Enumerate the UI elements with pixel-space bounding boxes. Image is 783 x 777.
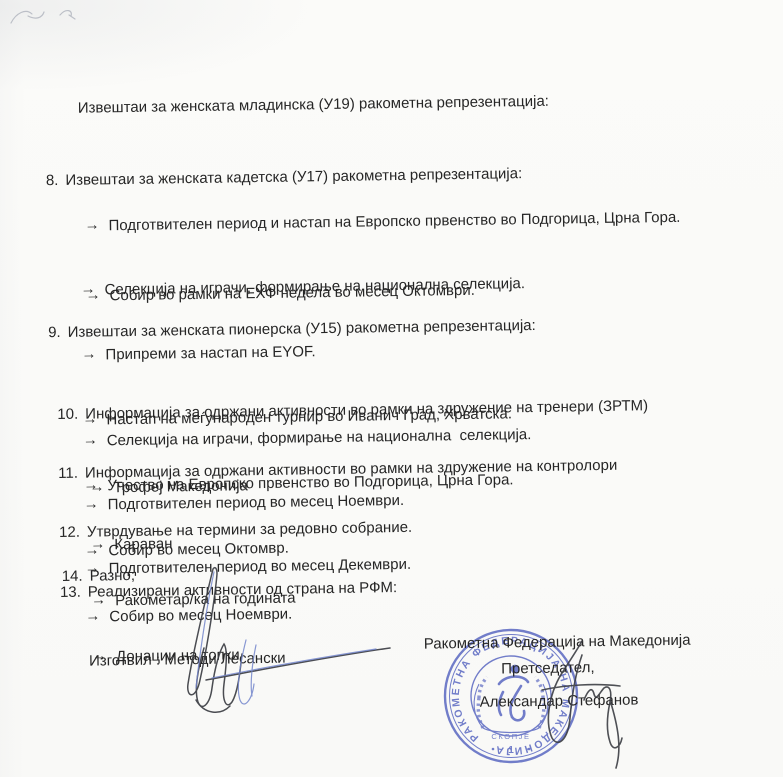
agenda-item-14: 14.Разно;: [61, 533, 135, 619]
agenda-item-10: 10.Информација за одржани активности во …: [57, 396, 648, 425]
u19-section-title: Извештаи за женската младинска (У19) рак…: [78, 88, 679, 120]
u17-section-title: 8.Извештаи за женската кадетска (У17) ра…: [46, 163, 524, 192]
president-signature: [530, 630, 640, 777]
rfm-activity: →Трофеј Македонија: [89, 477, 294, 499]
scanned-document-page: РАКОМЕТНА ФЕДЕРАЦИЈА НА МАКЕДОНИЈА: [0, 0, 783, 777]
prepared-by-signature: [180, 558, 440, 723]
arrow-bullet-icon: →: [89, 479, 104, 498]
u15-section-title: 9.Извештаи за женската пионерска (У15) р…: [48, 315, 536, 344]
